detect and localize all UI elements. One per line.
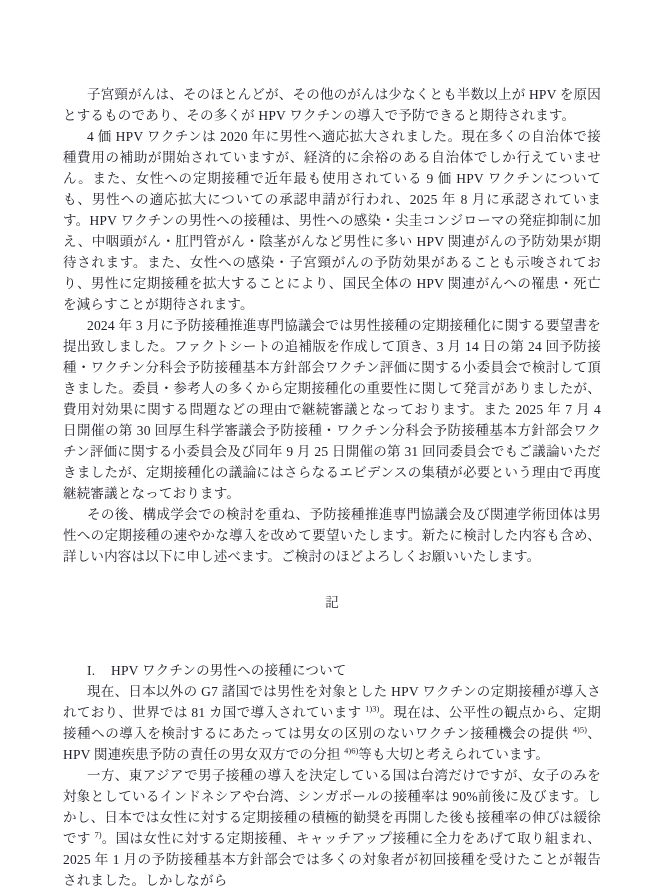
reference-superscript: 4)5) (573, 725, 587, 735)
separator-ki: 記 (63, 592, 601, 613)
paragraph: 現在、日本以外の G7 諸国では男性を対象とした HPV ワクチンの定期接種が導… (63, 681, 601, 765)
reference-superscript: 7) (95, 830, 102, 840)
section-numeral: I. (87, 660, 111, 681)
paragraph: 子宮頸がんは、そのほとんどが、その他のがんは少なくとも半数以上が HPV を原因… (63, 84, 601, 126)
section-paragraphs: 現在、日本以外の G7 諸国では男性を対象とした HPV ワクチンの定期接種が導… (63, 681, 601, 886)
intro-paragraphs: 子宮頸がんは、そのほとんどが、その他のがんは少なくとも半数以上が HPV を原因… (63, 84, 601, 567)
reference-superscript: 4)6) (344, 746, 358, 756)
document-page: 子宮頸がんは、そのほとんどが、その他のがんは少なくとも半数以上が HPV を原因… (0, 0, 664, 886)
paragraph: 一方、東アジアで男子接種の導入を決定している国は台湾だけですが、女子のみを対象と… (63, 765, 601, 886)
section-title: HPV ワクチンの男性への接種について (111, 663, 347, 678)
section-heading: I.HPV ワクチンの男性への接種について (63, 660, 601, 681)
paragraph: 2024 年 3 月に予防接種推進専門協議会では男性接種の定期接種化に関する要望… (63, 315, 601, 504)
paragraph: 4 価 HPV ワクチンは 2020 年に男性へ適応拡大されました。現在多くの自… (63, 126, 601, 315)
reference-superscript: 1)3) (365, 704, 379, 714)
paragraph: その後、構成学会での検討を重ね、予防接種推進専門協議会及び関連学術団体は男性への… (63, 504, 601, 567)
